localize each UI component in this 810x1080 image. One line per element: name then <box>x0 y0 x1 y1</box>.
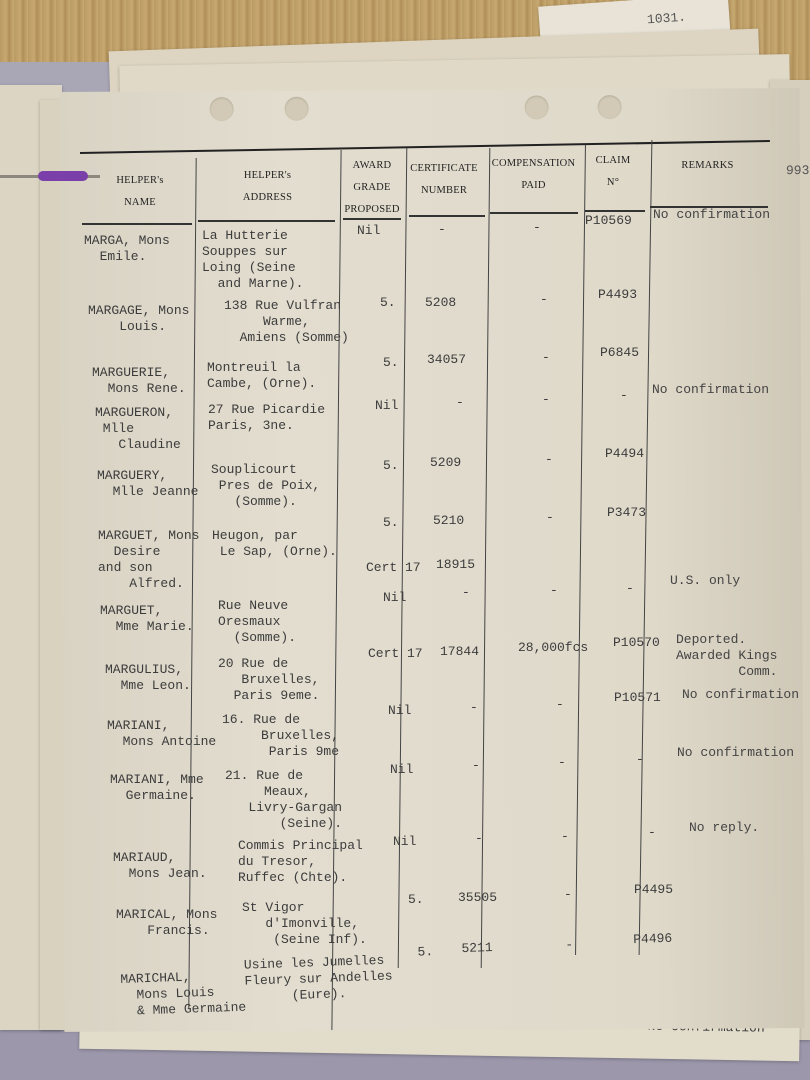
remarks: U.S. only <box>670 573 740 589</box>
compensation-paid: - <box>542 392 550 408</box>
header-underline <box>82 223 192 225</box>
helper-name: MARGULIUS, Mme Leon. <box>105 662 191 694</box>
award-grade: Nil <box>393 834 416 850</box>
helper-name: MARICAL, Mons Francis. <box>116 907 217 939</box>
claim-number: P4494 <box>605 446 644 462</box>
punch-hole <box>285 97 309 121</box>
certificate-number: 35505 <box>458 890 497 906</box>
helper-address: Rue Neuve Oresmaux (Somme). <box>218 598 296 646</box>
header-award-grade: AWARD GRADE PROPOSED <box>340 155 404 221</box>
header-line: CLAIM <box>582 150 644 172</box>
claim-number: P10569 <box>585 213 632 229</box>
header-underline <box>585 210 645 212</box>
compensation-paid: - <box>540 292 548 308</box>
back-page-number: 1031. <box>647 10 687 28</box>
compensation-paid: - <box>556 697 564 713</box>
certificate-number: 5211 <box>461 940 493 957</box>
header-line: NUMBER <box>404 180 484 202</box>
certificate-number: - <box>472 758 480 774</box>
helper-address: Heugon, par Le Sap, (Orne). <box>212 528 337 560</box>
award-grade-second: Cert 17 <box>366 560 421 576</box>
header-line: COMPENSATION <box>486 153 581 175</box>
helper-address: 138 Rue Vulfran Warme, Amiens (Somme) <box>224 298 349 346</box>
header-line: CERTIFICATE <box>404 158 484 180</box>
claim-number: P10571 <box>614 690 661 706</box>
claim-number: P4493 <box>598 287 637 303</box>
claim-number: - <box>636 752 644 768</box>
header-line: PAID <box>486 175 581 197</box>
award-grade: 5. <box>408 892 424 908</box>
header-underline <box>198 220 335 222</box>
helper-name: MARIANI, Mme Germaine. <box>110 772 204 804</box>
compensation-paid: - <box>546 510 554 526</box>
punch-hole <box>525 95 549 119</box>
compensation-paid: - <box>564 887 572 903</box>
header-line: HELPER's <box>95 170 185 192</box>
page-number: 993. <box>786 163 810 178</box>
punch-hole <box>598 95 622 119</box>
claim-number: P4496 <box>633 931 673 948</box>
header-line: AWARD <box>340 155 404 177</box>
helper-name: MARGUERON, Mlle Claudine <box>95 405 181 453</box>
award-grade: 5. <box>383 355 399 371</box>
certificate-number: - <box>470 700 478 716</box>
award-grade: 5. <box>383 458 399 474</box>
compensation-paid: - <box>565 937 573 953</box>
helper-name: MARICHAL, Mons Louis & Mme Germaine <box>120 968 246 1020</box>
helper-name: MARGAGE, Mons Louis. <box>88 303 189 335</box>
compensation-paid: - <box>550 583 558 599</box>
certificate-number: 34057 <box>427 352 466 368</box>
award-grade: 5. <box>380 295 396 311</box>
claim-number: - <box>648 825 656 841</box>
header-line: HELPER's <box>200 165 335 187</box>
remarks: No confirmation <box>677 745 794 761</box>
compensation-paid: - <box>545 452 553 468</box>
header-line: NAME <box>95 192 185 214</box>
certificate-number: 5208 <box>425 295 456 311</box>
header-line: ADDRESS <box>200 187 335 209</box>
remarks: No confirmation <box>653 207 770 223</box>
remarks: No confirmation <box>682 687 799 703</box>
header-claim-no: CLAIM N° <box>582 150 644 194</box>
helper-address: 27 Rue Picardie Paris, 3ne. <box>208 402 325 434</box>
certificate-number-second: 18915 <box>436 557 475 573</box>
header-underline <box>490 212 578 214</box>
helper-address: La Hutterie Souppes sur Loing (Seine and… <box>202 228 303 292</box>
certificate-number: 5210 <box>433 513 464 529</box>
header-line: REMARKS <box>650 155 765 177</box>
header-line: N° <box>582 172 644 194</box>
punch-hole <box>210 97 234 121</box>
helper-address: Montreuil la Cambe, (Orne). <box>207 360 316 392</box>
helper-address: Commis Principal du Tresor, Ruffec (Chte… <box>238 838 363 886</box>
certificate-number: 5209 <box>430 455 461 471</box>
helper-address: Usine les Jumelles Fleury sur Andelles (… <box>244 953 394 1006</box>
compensation-paid: 28,000fcs <box>518 640 588 656</box>
claim-number: P4495 <box>634 882 673 898</box>
certificate-number: - <box>475 831 483 847</box>
header-underline <box>343 218 401 220</box>
header-compensation-paid: COMPENSATION PAID <box>486 153 581 197</box>
header-helper-address: HELPER's ADDRESS <box>200 165 335 209</box>
award-grade: Nil <box>357 223 380 239</box>
helper-name: MARIAUD, Mons Jean. <box>113 850 207 882</box>
award-grade: Cert 17 <box>368 646 423 662</box>
helper-name: MARIANI, Mons Antoine <box>107 718 216 750</box>
header-remarks: REMARKS <box>650 155 765 177</box>
claim-number: - <box>626 581 634 597</box>
compensation-paid: - <box>558 755 566 771</box>
remarks: No confirmation <box>652 382 769 398</box>
header-certificate-number: CERTIFICATE NUMBER <box>404 158 484 202</box>
claim-number: - <box>620 388 628 404</box>
header-line: GRADE <box>340 177 404 199</box>
helper-address: 21. Rue de Meaux, Livry-Gargan (Seine). <box>225 768 342 832</box>
claim-number: P6845 <box>600 345 639 361</box>
award-grade: 5. <box>383 515 399 531</box>
header-underline <box>409 215 485 217</box>
helper-name: MARGUERY, Mlle Jeanne <box>97 468 198 500</box>
remarks: No reply. <box>689 820 759 836</box>
helper-address: St Vigor d'Imonville, (Seine Inf). <box>242 900 367 948</box>
certificate-number: - <box>438 222 446 238</box>
helper-address: Souplicourt Pres de Poix, (Somme). <box>211 462 320 510</box>
helper-name: MARGUET, Mme Marie. <box>100 603 194 635</box>
remarks: Deported. Awarded Kings Comm. <box>676 632 777 680</box>
claim-number: P3473 <box>607 505 646 521</box>
award-grade: Nil <box>390 762 413 778</box>
award-grade: Nil <box>388 703 411 719</box>
helper-name: MARGA, Mons Emile. <box>84 233 170 265</box>
certificate-number: - <box>456 395 464 411</box>
purple-binding-ribbon <box>38 171 88 181</box>
compensation-paid: - <box>533 220 541 236</box>
helper-address: 16. Rue de Bruxelles, Paris 9me <box>222 712 339 760</box>
certificate-number: 17844 <box>440 644 479 660</box>
certificate-number: - <box>462 585 470 601</box>
award-grade: Nil <box>383 590 406 606</box>
helper-name: MARGUERIE, Mons Rene. <box>92 365 186 397</box>
claim-number: P10570 <box>613 635 660 651</box>
header-helper-name: HELPER's NAME <box>95 170 185 214</box>
award-grade: 5. <box>417 944 433 961</box>
helper-name: MARGUET, Mons Desire and son Alfred. <box>98 528 199 592</box>
award-grade: Nil <box>375 398 398 414</box>
helper-address: 20 Rue de Bruxelles, Paris 9eme. <box>218 656 319 704</box>
compensation-paid: - <box>561 829 569 845</box>
compensation-paid: - <box>542 350 550 366</box>
